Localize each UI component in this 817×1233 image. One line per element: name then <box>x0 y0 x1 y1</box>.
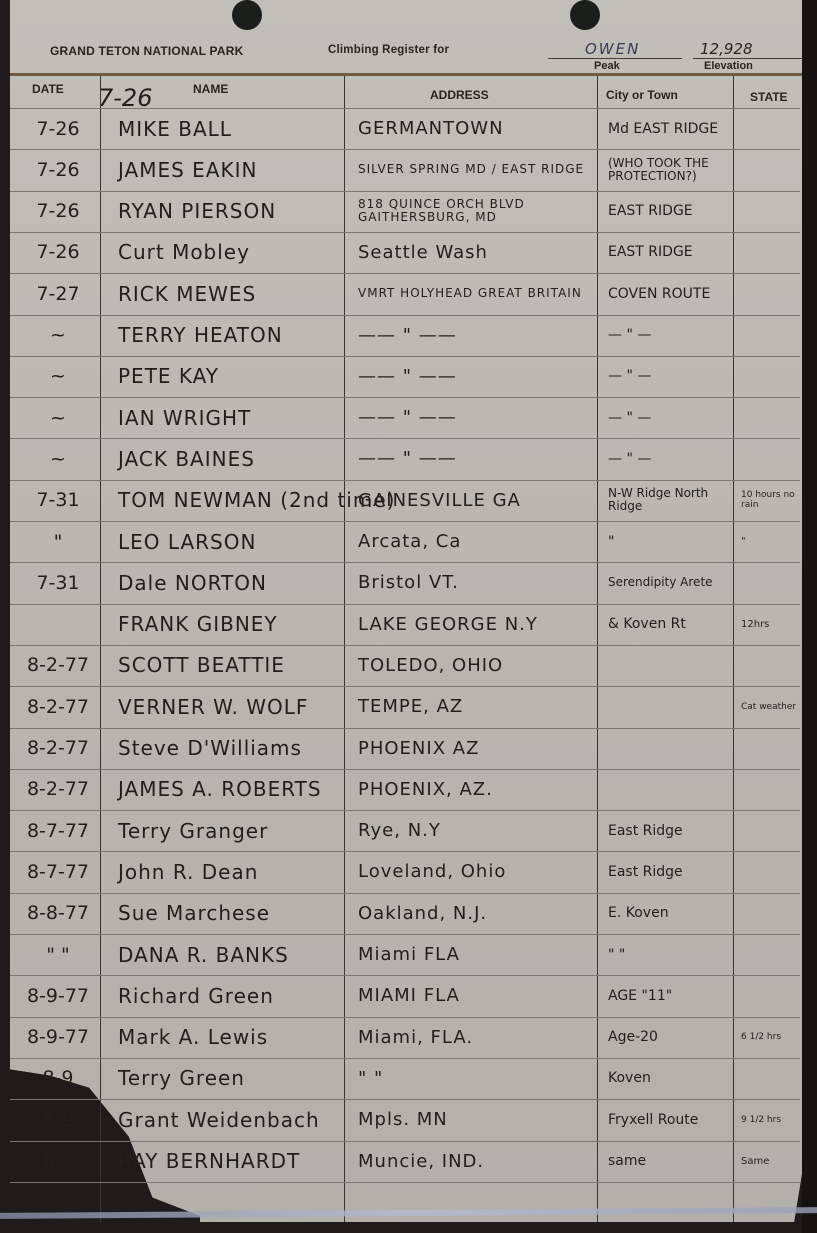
city-cell: same <box>600 1141 743 1182</box>
date-cell: 8-2-77 <box>14 686 102 727</box>
date-cell: 8-9-77 <box>14 975 102 1016</box>
name-cell: JAMES EAKIN <box>108 149 358 190</box>
address-cell: PHOENIX, AZ. <box>350 769 608 810</box>
table-row: 7-31TOM NEWMAN (2nd time)GAINESVILLE GAN… <box>10 480 800 521</box>
address-cell: PHOENIX AZ <box>350 728 608 769</box>
city-cell: — " — <box>600 397 743 438</box>
city-cell: — " — <box>600 356 743 397</box>
date-cell: 8-2-77 <box>14 728 102 769</box>
column-header-address: ADDRESS <box>430 88 489 102</box>
address-cell: SILVER SPRING MD / EAST RIDGE <box>350 149 608 190</box>
table-row: " "DANA R. BANKSMiami FLA" " <box>10 934 800 975</box>
name-cell: IAN WRIGHT <box>108 397 358 438</box>
table-row: 8-2-77Steve D'WilliamsPHOENIX AZ <box>10 728 800 769</box>
name-cell: Richard Green <box>108 975 358 1016</box>
table-row: 8-9Terry Green" "Koven <box>10 1058 800 1099</box>
row-rule <box>10 1182 800 1183</box>
date-cell: 7-26 <box>14 191 102 232</box>
address-cell: —— " —— <box>350 356 608 397</box>
address-cell: Miami FLA <box>350 934 608 975</box>
address-cell: —— " —— <box>350 397 608 438</box>
city-cell: Age-20 <box>600 1017 743 1058</box>
name-cell: MIKE BALL <box>108 108 358 149</box>
city-cell: " " <box>600 934 743 975</box>
name-cell: Curt Mobley <box>108 232 358 273</box>
address-cell: Oakland, N.J. <box>350 893 608 934</box>
table-row: ~TERRY HEATON—— " ——— " — <box>10 315 800 356</box>
date-cell: 8-9-77 <box>14 1017 102 1058</box>
address-cell: MIAMI FLA <box>350 975 608 1016</box>
header-rule <box>10 73 802 76</box>
date-cell: ~ <box>14 438 102 479</box>
table-row: 8-9-77Mark A. LewisMiami, FLA.Age-206 1/… <box>10 1017 800 1058</box>
date-cell: 8-9 <box>14 1099 102 1140</box>
date-cell: 7-26 <box>14 232 102 273</box>
city-cell <box>600 686 743 727</box>
elevation-value: 12,928 <box>700 40 753 58</box>
state-cell <box>737 645 804 686</box>
table-row: FRANK GIBNEYLAKE GEORGE N.Y& Koven Rt12h… <box>10 604 800 645</box>
punch-hole <box>232 0 262 30</box>
city-cell: EAST RIDGE <box>600 191 743 232</box>
date-cell: 8-7-77 <box>14 851 102 892</box>
name-cell: JAMES A. ROBERTS <box>108 769 358 810</box>
date-cell <box>14 604 102 645</box>
address-cell: Rye, N.Y <box>350 810 608 851</box>
state-cell <box>737 232 804 273</box>
address-cell: GAINESVILLE GA <box>350 480 608 521</box>
column-header-city: City or Town <box>606 88 678 102</box>
table-row: 7-26JAMES EAKINSILVER SPRING MD / EAST R… <box>10 149 800 190</box>
address-cell: Arcata, Ca <box>350 521 608 562</box>
address-cell: Loveland, Ohio <box>350 851 608 892</box>
city-cell: EAST RIDGE <box>600 232 743 273</box>
state-cell <box>737 562 804 603</box>
address-cell: 818 QUINCE ORCH BLVD GAITHERSBURG, MD <box>350 191 608 232</box>
address-cell: Miami, FLA. <box>350 1017 608 1058</box>
state-cell: Cat weather <box>737 686 804 727</box>
address-cell: Mpls. MN <box>350 1099 608 1140</box>
address-cell: TOLEDO, OHIO <box>350 645 608 686</box>
name-cell: LEO LARSON <box>108 521 358 562</box>
city-cell: East Ridge <box>600 810 743 851</box>
date-cell: " " <box>14 934 102 975</box>
city-cell <box>600 769 743 810</box>
elevation-label: Elevation <box>704 60 753 72</box>
state-cell <box>737 728 804 769</box>
state-cell <box>737 810 804 851</box>
city-cell: Koven <box>600 1058 743 1099</box>
peak-value: OWEN <box>585 40 640 58</box>
state-cell <box>737 438 804 479</box>
table-row: 8-7-77Terry GrangerRye, N.YEast Ridge <box>10 810 800 851</box>
state-cell <box>737 934 804 975</box>
name-cell: Dale NORTON <box>108 562 358 603</box>
punch-hole <box>570 0 600 30</box>
table-row: 7-31Dale NORTONBristol VT.Serendipity Ar… <box>10 562 800 603</box>
table-row: 7-26RYAN PIERSON818 QUINCE ORCH BLVD GAI… <box>10 191 800 232</box>
name-cell: SCOTT BEATTIE <box>108 645 358 686</box>
state-cell: 9 1/2 hrs <box>737 1099 804 1140</box>
address-cell: VMRT HOLYHEAD GREAT BRITAIN <box>350 273 608 314</box>
table-row: 8-9-77Richard GreenMIAMI FLAAGE "11" <box>10 975 800 1016</box>
name-cell: RAY BERNHARDT <box>108 1141 358 1182</box>
table-row: 8-9Grant WeidenbachMpls. MNFryxell Route… <box>10 1099 800 1140</box>
address-cell: LAKE GEORGE N.Y <box>350 604 608 645</box>
table-row: 8-8-77Sue MarcheseOakland, N.J.E. Koven <box>10 893 800 934</box>
date-cell: ~ <box>14 315 102 356</box>
city-cell <box>600 728 743 769</box>
name-cell: TERRY HEATON <box>108 315 358 356</box>
state-cell: 6 1/2 hrs <box>737 1017 804 1058</box>
name-cell: Terry Granger <box>108 810 358 851</box>
address-cell: —— " —— <box>350 438 608 479</box>
city-cell: AGE "11" <box>600 975 743 1016</box>
table-row: ~IAN WRIGHT—— " ——— " — <box>10 397 800 438</box>
address-cell: Bristol VT. <box>350 562 608 603</box>
table-row: 8-2-77VERNER W. WOLFTEMPE, AZCat weather <box>10 686 800 727</box>
register-label: Climbing Register for <box>328 44 449 56</box>
date-cell: 8-2-77 <box>14 645 102 686</box>
peak-underline <box>548 58 682 59</box>
name-cell: JACK BAINES <box>108 438 358 479</box>
city-cell: Serendipity Arete <box>600 562 743 603</box>
address-cell: Seattle Wash <box>350 232 608 273</box>
table-row: ~JACK BAINES—— " ——— " — <box>10 438 800 479</box>
date-cell: 8-9 <box>14 1058 102 1099</box>
name-cell: TOM NEWMAN (2nd time) <box>108 480 358 521</box>
date-cell: 8-8-77 <box>14 893 102 934</box>
state-cell: 10 hours no rain <box>737 480 804 521</box>
date-cell: ~ <box>14 356 102 397</box>
name-cell: Sue Marchese <box>108 893 358 934</box>
name-cell: VERNER W. WOLF <box>108 686 358 727</box>
table-row: "LEO LARSONArcata, Ca"" <box>10 521 800 562</box>
date-cell: ~ <box>14 397 102 438</box>
name-cell: Steve D'Williams <box>108 728 358 769</box>
date-cell: 7-31 <box>14 480 102 521</box>
elevation-underline <box>693 58 803 59</box>
state-cell <box>737 769 804 810</box>
city-cell: East Ridge <box>600 851 743 892</box>
state-cell <box>737 149 804 190</box>
date-cell: 8-7-77 <box>14 810 102 851</box>
state-cell <box>737 397 804 438</box>
address-cell: " " <box>350 1058 608 1099</box>
state-cell <box>737 851 804 892</box>
state-cell <box>737 356 804 397</box>
table-row: 8-2-77JAMES A. ROBERTSPHOENIX, AZ. <box>10 769 800 810</box>
city-cell: (WHO TOOK THE PROTECTION?) <box>600 149 743 190</box>
city-cell: " <box>600 521 743 562</box>
park-title: GRAND TETON NATIONAL PARK <box>50 44 243 58</box>
name-cell: Terry Green <box>108 1058 358 1099</box>
date-cell: 7-27 <box>14 273 102 314</box>
name-cell: RICK MEWES <box>108 273 358 314</box>
table-row: ~PETE KAY—— " ——— " — <box>10 356 800 397</box>
state-cell <box>737 108 804 149</box>
table-row: 8-9RAY BERNHARDTMuncie, IND.sameSame <box>10 1141 800 1182</box>
name-cell: FRANK GIBNEY <box>108 604 358 645</box>
city-cell <box>600 645 743 686</box>
name-cell: John R. Dean <box>108 851 358 892</box>
address-cell: Muncie, IND. <box>350 1141 608 1182</box>
state-cell <box>737 273 804 314</box>
table-row: 8-7-77John R. DeanLoveland, OhioEast Rid… <box>10 851 800 892</box>
state-cell <box>737 1058 804 1099</box>
address-cell: TEMPE, AZ <box>350 686 608 727</box>
state-cell: Same <box>737 1141 804 1182</box>
city-cell: E. Koven <box>600 893 743 934</box>
address-cell: —— " —— <box>350 315 608 356</box>
date-cell: 8-9 <box>14 1141 102 1182</box>
name-cell: Mark A. Lewis <box>108 1017 358 1058</box>
state-cell <box>737 893 804 934</box>
city-cell: — " — <box>600 315 743 356</box>
city-cell: Fryxell Route <box>600 1099 743 1140</box>
table-row: 7-26MIKE BALLGERMANTOWNMd EAST RIDGE <box>10 108 800 149</box>
peak-label: Peak <box>594 60 620 72</box>
date-cell: 7-31 <box>14 562 102 603</box>
column-header-state: STATE <box>750 90 788 104</box>
state-cell <box>737 315 804 356</box>
column-header-name: NAME <box>193 82 228 96</box>
state-cell: 12hrs <box>737 604 804 645</box>
city-cell: — " — <box>600 438 743 479</box>
city-cell: N-W Ridge North Ridge <box>600 480 743 521</box>
table-row: 7-27RICK MEWESVMRT HOLYHEAD GREAT BRITAI… <box>10 273 800 314</box>
table-row: 8-2-77SCOTT BEATTIETOLEDO, OHIO <box>10 645 800 686</box>
date-cell: 7-26 <box>14 108 102 149</box>
table-row: 7-26Curt MobleySeattle WashEAST RIDGE <box>10 232 800 273</box>
column-header-date: DATE <box>32 82 64 96</box>
name-cell: DANA R. BANKS <box>108 934 358 975</box>
date-cell: " <box>14 521 102 562</box>
date-cell: 8-2-77 <box>14 769 102 810</box>
state-cell <box>737 191 804 232</box>
city-cell: & Koven Rt <box>600 604 743 645</box>
state-cell <box>737 975 804 1016</box>
name-cell: RYAN PIERSON <box>108 191 358 232</box>
date-cell: 7-26 <box>14 149 102 190</box>
background-edge <box>802 0 817 1233</box>
name-cell: Grant Weidenbach <box>108 1099 358 1140</box>
state-cell: " <box>737 521 804 562</box>
name-cell: PETE KAY <box>108 356 358 397</box>
city-cell: Md EAST RIDGE <box>600 108 743 149</box>
city-cell: COVEN ROUTE <box>600 273 743 314</box>
address-cell: GERMANTOWN <box>350 108 608 149</box>
